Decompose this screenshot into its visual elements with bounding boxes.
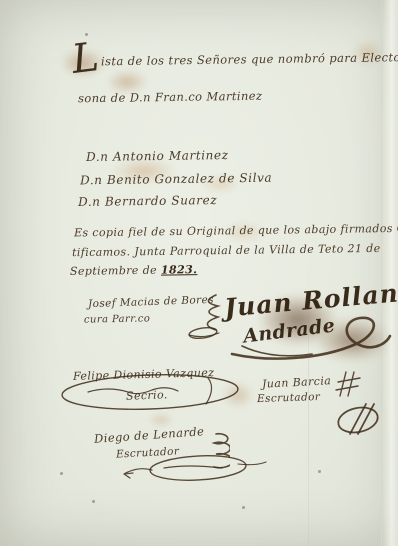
certification-line-1: Es copia fiel de su Original de que los … [74,222,398,240]
certification-year: 1823. [161,263,198,277]
manuscript-page: Lista de los tres Señores que nombró par… [0,0,398,546]
elector-name: D.n Antonio Martinez [86,148,229,164]
elector-name: D.n Benito Gonzalez de Silva [80,171,272,188]
heading-line-2: sona de D.n Fran.co Martinez [78,89,263,106]
certification-line-3: Septiembre de 1823. [70,263,198,278]
signature-name: Felipe Dionisio Vazquez [73,366,215,383]
certification-line-3-text: Septiembre de [70,264,161,278]
ink-stain [222,382,254,408]
signature-title: Escrutador [116,445,180,460]
paper-speck [60,472,63,475]
certification-line-2: tificamos. Junta Parroquial de la Villa … [72,242,381,259]
signature-name: Juan Barcia [262,374,332,391]
paper-speck [92,500,95,503]
signature-title: Secrio. [126,388,168,402]
elector-name: D.n Bernardo Suarez [78,193,217,209]
decorated-initial: L [72,57,99,60]
signature-name: Juan Rollan [223,278,398,322]
signature-title: cura Parr.co [84,313,150,325]
heading-line-1: Lista de los tres Señores que nombró par… [72,47,398,68]
signature-title: Escrutador [257,391,321,405]
paper-speck [242,506,245,509]
signature-name: Josef Macias de Bores [88,294,214,310]
heading-line-1-text: ista de los tres Señores que nombró para… [101,49,398,68]
page-edge-highlight [381,0,398,546]
paper-speck [318,470,321,473]
signature-name: Diego de Lenarde [94,424,205,446]
